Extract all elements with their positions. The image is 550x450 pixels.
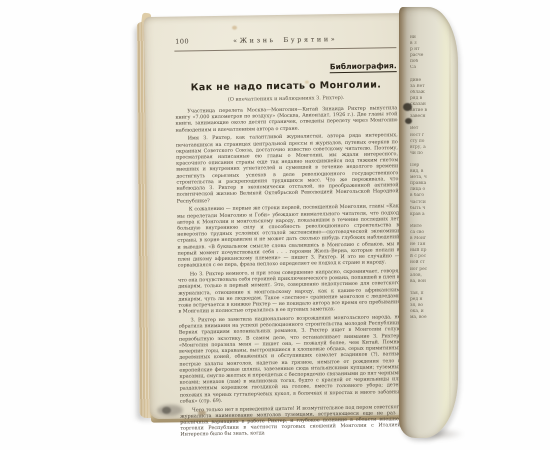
book-photo: 100 «Жизнь Бурятии» Библиография. Как не… (0, 0, 550, 450)
page-number: 100 (175, 37, 189, 45)
paragraph: Но З. Рихтер немного, и при этом соверше… (178, 268, 401, 315)
adjacent-page-text: нив Зр нтрасчепобСадинеза Ветоблажряд вс… (410, 35, 440, 321)
running-head: 100 «Жизнь Бурятии» (174, 34, 396, 48)
book-page: 100 «Жизнь Бурятии» Библиография. Как не… (144, 13, 418, 419)
article-title: Как не надо писать о Монголии. (175, 79, 397, 93)
foxing-spot (305, 81, 309, 84)
ink-spot (405, 118, 412, 124)
page-content: 100 «Жизнь Бурятии» Библиография. Как не… (144, 13, 418, 419)
foxing-spot (232, 26, 237, 30)
section-label-row: Библиография. (174, 53, 396, 75)
journal-title: «Жизнь Бурятии» (174, 34, 396, 45)
paragraph: Участница перелета Москва—Монголия—Китай… (175, 105, 397, 133)
fore-edge-highlight (449, 13, 451, 428)
adjacent-page: нив Зр нтрасчепобСадинеза Ветоблажряд вс… (399, 7, 458, 438)
article-subtitle: (О впечатлениях и наблюдениях З. Рихтер)… (175, 94, 397, 103)
paragraph: Имя З. Рихтер, как талантливой журналист… (176, 133, 399, 205)
paragraph: Чего только нет в приведенной цитате! И … (180, 404, 402, 439)
ink-spot (403, 103, 412, 111)
section-label: Библиография. (330, 61, 397, 73)
paragraph: К сожалению — первые же строки первой, п… (177, 203, 400, 269)
article-body: Участница перелета Москва—Монголия—Китай… (175, 105, 402, 438)
paragraph: З. Рихтер не заметила национального возр… (179, 314, 402, 405)
text-fragment: ма, вое (410, 315, 440, 321)
